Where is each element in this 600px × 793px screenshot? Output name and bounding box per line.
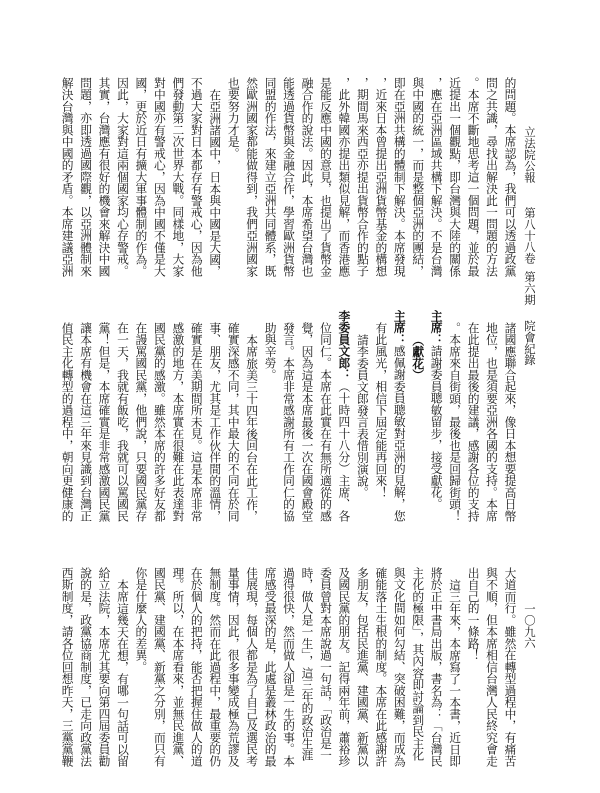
text-column: 確能落土生根的制度。本席在此感謝許 [371,567,389,767]
issue-label: 第六期 [521,271,539,305]
speech-text: 感佩謝委員聰敏對亞洲的見解，您 [392,345,406,521]
text-column: 你是什麼人的差異。 [131,567,149,673]
text-column: 。本席來自街頭，最後也是回歸街頭！ [445,322,463,522]
text-column: 近提出一個觀點，即台灣與大陸的關係 [445,77,463,277]
text-column: 助與辛勞。 [261,322,279,381]
text-column: 即在亞洲共構的體制下解決。本席發現 [390,77,408,277]
speaker-line: 主席：感佩謝委員聰敏對亞洲的見解，您 [390,310,408,522]
text-column: 同盟的作法，來建立亞洲共同體系，既 [261,77,279,277]
text-column: 西斯制度，請各位回想昨天，三黨黨鞭 [58,567,76,767]
text-column: 解決台灣與中國的矛盾。本席建議亞洲 [58,77,76,277]
speaker-name: 主席： [392,310,406,345]
text-column: 多朋友，包括民進黨、建國黨、新黨以 [353,567,371,767]
text-column: 位同仁。本席在此實在有無所適從的感 [316,322,334,522]
text-column: 融合作的說法。因此，本席希望台灣也 [298,77,316,277]
text-column: 理。所以，在本席看來，並無民進黨、 [168,567,186,767]
text-column: 大道而行。雖然在轉型過程中，有痛苦 [501,567,519,767]
text-column: 發言。本席非常感謝所有工作同仁的協 [279,322,297,522]
speech-text: 請謝委員聰敏留步，接受獻花。 [429,345,443,510]
text-column: 確實是在美期間所未見。這是本席非常 [187,322,205,522]
text-column: 在此提出最後的建議，感謝各位的支持 [464,322,482,522]
text-column: ，近來日本曾提出亞洲貨幣基金的構想 [371,77,389,277]
publication-title: 立法院公報 [521,126,539,183]
text-column: 地位，也是須要亞洲各國的支持。本席 [482,322,500,522]
text-column: 委員曾對本席說過一句話，「政治是一 [316,567,334,761]
text-column: 不過大家對日本都存有警戒心，因為他 [187,77,205,277]
text-column: 也要努力才是。 [224,77,242,159]
text-column: 確實深感不同，其中最大的不同在於同 [224,322,242,522]
paragraph-start-column: 請李委員文郎發言表惜別演說。 [353,322,371,498]
text-column: 覺，因為這是本席最後一次在國會殿堂 [298,322,316,522]
text-column: 說的是，政黨協商制度，已走向政黨法 [76,567,94,767]
text-column: 們發動第二次世界大戰。同樣地，大家 [168,77,186,277]
text-column: 無制度。然而在此過程中，最重要的仍 [205,567,223,767]
paragraph-start-column: 在亞洲諸國中，日本與中國是大國， [205,77,223,277]
text-column: 能透過貨幣與金融合作，學習歐洲貨幣 [279,77,297,277]
speaker-name: 主席： [429,310,443,345]
text-column: ，應在亞洲區域共構下解決。不是台灣 [427,77,445,277]
text-tier-top: 的問題。本席認為，我們可以透過政黨 問之共識，尋找出解決此一問題的方法 。本席不… [57,77,519,292]
text-column: 感激的地方，本席實在很難在此表達對 [168,322,186,522]
text-column: 國，更於近日有擴大軍事體制的作為。 [131,77,149,277]
text-column: 。本席不斷地思考這一個問題，並於最 [464,77,482,277]
text-column: 問題，亦即透過國際觀，以亞洲體制來 [76,77,94,277]
text-tier-middle: 諸國應聯合起來，像日本想要提高日幣 地位，也是須要亞洲各國的支持。本席 在此提出… [57,322,519,537]
text-column: 主化的極限」，其內容即討論到民主化 [408,567,426,761]
text-column: 國民黨、建國黨、新黨之分別，而只有 [150,567,168,767]
text-column: 與不順，但本席相信台灣人民終究會走 [482,567,500,767]
stage-direction: （獻花） [408,322,426,381]
text-column: 在謾罵國民黨，他們說，只要國民黨存 [131,322,149,522]
text-column: ，期間馬來西亞亦提出貨幣合作的點子 [353,77,371,277]
section-label: 院會紀錄 [521,320,539,366]
text-column: 然歐洲國家都能做得到，我們亞洲國家 [242,77,260,277]
text-column: 事、朋友，尤其是工作伙伴間的溫情， [205,322,223,522]
text-column: 席感受最深的是，此處是叢林政治的最 [261,567,279,767]
text-column: 及國民黨的朋友。記得兩年前，蕭裕珍 [334,567,352,767]
text-column: 將於正中書局出版，書名為：「台灣民 [427,567,445,767]
text-column: 國民黨的感激。雖然本席的許多好友都 [150,322,168,522]
text-column: 讓本席有機會在這三年來見識到台灣正 [76,322,94,522]
text-column: 時，做人是一生」，這三年的政治生涯 [298,567,316,761]
text-column: 量事情，因此，很多事變成極為荒謬及 [224,567,242,767]
text-column: 與中國的統一，而是整個亞洲的團結， [408,77,426,277]
text-column: 是能反應中國的意見，也提出了貨幣金 [316,77,334,277]
paragraph-start-column: 本席這幾天在想，有哪一句話可以留 [113,567,131,767]
text-column: 問之共識，尋找出解決此一問題的方法 [482,77,500,277]
volume-label: 第八十八卷 [521,207,539,264]
text-column: 給立法院，本席尤其要向第四屆委員勸 [95,567,113,767]
text-column: 諸國應聯合起來，像日本想要提高日幣 [501,322,519,522]
speech-text: （十時四十八分）主席、各 [337,381,351,522]
text-column: 過得很快，然而做人卻是一生的事。本 [279,567,297,767]
text-column: 在於個人的把持，能否把握住做人的道 [187,567,205,767]
text-column: 出自己的一條路！ [464,567,482,661]
text-column: 與文化間如何勾結、突破困難，而成為 [390,567,408,767]
text-column: 佳展現，每個人都是為了自己及選民考 [242,567,260,767]
text-column: ，此外韓國亦提出類似見解，而香港應 [334,77,352,277]
paragraph-start-column: 這三年來，本席寫了一本書，近日即 [445,567,463,767]
document-page: 立法院公報 第八十八卷 第六期 院會紀錄 一〇九六 的問題。本席認為，我們可以透… [0,0,600,793]
speaker-name: 李委員文郎： [337,310,351,381]
text-column: 的問題。本席認為，我們可以透過政黨 [501,77,519,277]
text-column: 值民主化轉型的過程中，朝向更健康的 [58,322,76,522]
text-column: 有此風光，相信下屆定能再回來！ [371,322,389,498]
text-column: 其實，台灣應有很好的機會來解決中國 [95,77,113,277]
text-column: 因此，大家對這兩個國家均心存警戒。 [113,77,131,277]
speaker-line: 李委員文郎：（十時四十八分）主席、各 [334,310,352,522]
speaker-line: 主席：請謝委員聰敏留步，接受獻花。 [427,310,445,510]
text-column: 對中國亦有警戒心，因為中國不僅是大 [150,77,168,277]
text-column: 在一天，我就有飯吃，我就可以罵國民 [113,322,131,522]
page-number: 一〇九六 [521,603,539,649]
paragraph-start-column: 本席旅美三十四年後回台在此工作， [242,322,260,522]
text-tier-bottom: 大道而行。雖然在轉型過程中，有痛苦 與不順，但本席相信台灣人民終究會走 出自己的… [57,567,519,782]
text-column: 黨！但是，本席確實是非常感激國民黨 [95,322,113,522]
